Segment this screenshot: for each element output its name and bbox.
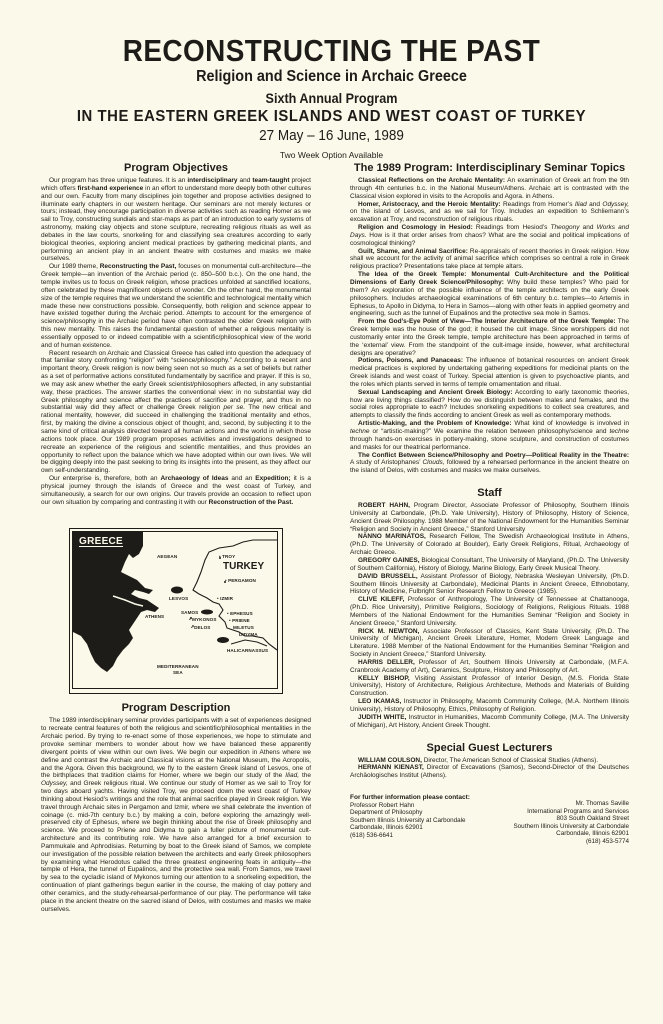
topic-item: Homer, Aristocracy, and the Heroic Menta… [350,201,629,225]
contact-line: Southern Illinois University at Carbonda… [350,817,470,825]
program-option-note: Two Week Option Available [0,148,663,162]
topics-heading: The 1989 Program: Interdisciplinary Semi… [350,162,629,175]
contact-line: Carbondale, Illinois 62901 [513,830,629,838]
map-label-turkey: TURKEY [223,562,264,572]
topic-item: Religion and Cosmology in Hesiod: Readin… [350,224,629,248]
person-entry: JUDITH WHITE, Instructor in Humanities, … [350,714,629,730]
left-column: Program Objectives Our program has three… [41,162,311,914]
contact-heading: For further information please contact: [350,794,470,802]
map-label-mykonos: • MYKONOS [189,617,217,622]
map-label-troy: • TROY [219,554,235,559]
aegean-map: GREECE TURKEY AEGEAN • TROY • PERGAMON L… [72,531,278,689]
guests-list: WILLIAM COULSON, Director, The American … [350,757,629,781]
description-heading: Program Description [41,702,311,715]
contact-line: Southern Illinois University at Carbonda… [513,823,629,831]
objectives-heading: Program Objectives [41,162,311,175]
person-entry: HARRIS DELLER, Professor of Art, Souther… [350,659,629,675]
person-entry: NANNO MARINATOS, Research Fellow, The Sw… [350,533,629,557]
person-entry: HERMANN KIENAST, Director of Excavations… [350,764,629,780]
page-subtitle: Religion and Science in Archaic Greece [33,67,630,86]
topics-list: Classical Reflections on the Archaic Men… [350,177,629,475]
map-label-izmir: • IZMIR [217,596,233,601]
map-label-pergamon: • PERGAMON [225,578,256,583]
map-label-lesvos: LESVOS [169,596,188,601]
contact-line: Department of Philosophy [350,809,470,817]
contact-phone: (618) 536-6641 [350,832,470,840]
topic-item: Classical Reflections on the Archaic Men… [350,177,629,201]
person-entry: LEO IKAMAS, Instructor in Philosophy, Ma… [350,698,629,714]
map-frame: GREECE TURKEY AEGEAN • TROY • PERGAMON L… [69,528,283,694]
program-edition: Sixth Annual Program [33,90,630,107]
topic-item: The Conflict Between Science/Philosophy … [350,452,629,476]
objectives-paragraph: Our 1989 theme, Reconstructing the Past,… [41,263,311,349]
topic-item: Artistic-Making, and the Problem of Know… [350,420,629,451]
contact-phone: (618) 453-5774 [513,838,629,846]
objectives-paragraph: Our program has three unique features. I… [41,177,311,263]
map-label-halicarnassus: HALICARNASSUS [227,648,268,653]
map-label-mediterranean: MEDITERRANEAN [157,664,199,669]
brochure-header: RECONSTRUCTING THE PAST Religion and Sci… [0,35,663,162]
program-region: IN THE EASTERN GREEK ISLANDS AND WEST CO… [23,107,640,126]
contact-secondary: Mr. Thomas Saville International Program… [513,800,629,845]
topic-item: From the God’s-Eye Point of View—The Int… [350,318,629,357]
program-dates: 27 May – 16 June, 1989 [33,126,630,145]
topic-item: Guilt, Shame, and Animal Sacrifice: Re-a… [350,248,629,272]
contact-primary: For further information please contact: … [350,794,470,845]
map-label-aegean: AEGEAN [157,554,177,559]
right-column: The 1989 Program: Interdisciplinary Semi… [350,162,629,845]
person-entry: GREGORY GAINES, Biological Consultant, T… [350,557,629,573]
contact-line: Carbondale, Illinois 62901 [350,824,470,832]
person-entry: RICK M. NEWTON, Associate Professor of C… [350,628,629,659]
person-entry: KELLY BISHOP, Visiting Assistant Profess… [350,675,629,699]
map-label-greece: GREECE [79,538,123,547]
brochure-page: RECONSTRUCTING THE PAST Religion and Sci… [0,0,663,1024]
topic-item: The Idea of the Greek Temple: Monumental… [350,271,629,318]
guests-heading: Special Guest Lecturers [350,742,629,755]
contact-line: Professor Robert Hahn [350,802,470,810]
map-label-ephesus: • EPHESUS [227,611,253,616]
contact-line: International Programs and Services [513,808,629,816]
map-label-samos: SAMOS [181,610,198,615]
topic-item: Potions, Poisons, and Panaceas: The infl… [350,357,629,388]
page-title: RECONSTRUCTING THE PAST [33,35,630,66]
map-label-didyma: DIDYMA [239,632,258,637]
map-label-miletus: MILETUS [233,625,254,630]
contact-line: 803 South Oakland Street [513,815,629,823]
person-entry: WILLIAM COULSON, Director, The American … [350,757,629,765]
description-paragraph: The 1989 interdisciplinary seminar provi… [41,717,311,913]
map-label-priene: • PRIENE [229,618,250,623]
person-entry: ROBERT HAHN, Program Director, Associate… [350,502,629,533]
contact-line: Mr. Thomas Saville [513,800,629,808]
objectives-paragraph: Our enterprise is, therefore, both an Ar… [41,475,311,506]
map-label-delos: • DELOS [191,625,210,630]
staff-list: ROBERT HAHN, Program Director, Associate… [350,502,629,729]
staff-heading: Staff [350,487,629,500]
contact-block: For further information please contact: … [350,794,629,845]
map-label-sea: SEA [173,670,183,675]
person-entry: CLIVE KILEFF, Professor of Anthropology,… [350,596,629,627]
objectives-paragraph: Recent research on Archaic and Classical… [41,350,311,476]
map-label-athens: ATHENS [145,614,164,619]
person-entry: DAVID BRUSSELL, Assistant Professor of B… [350,573,629,597]
topic-item: Sexual Landscaping and Ancient Greek Bio… [350,389,629,420]
